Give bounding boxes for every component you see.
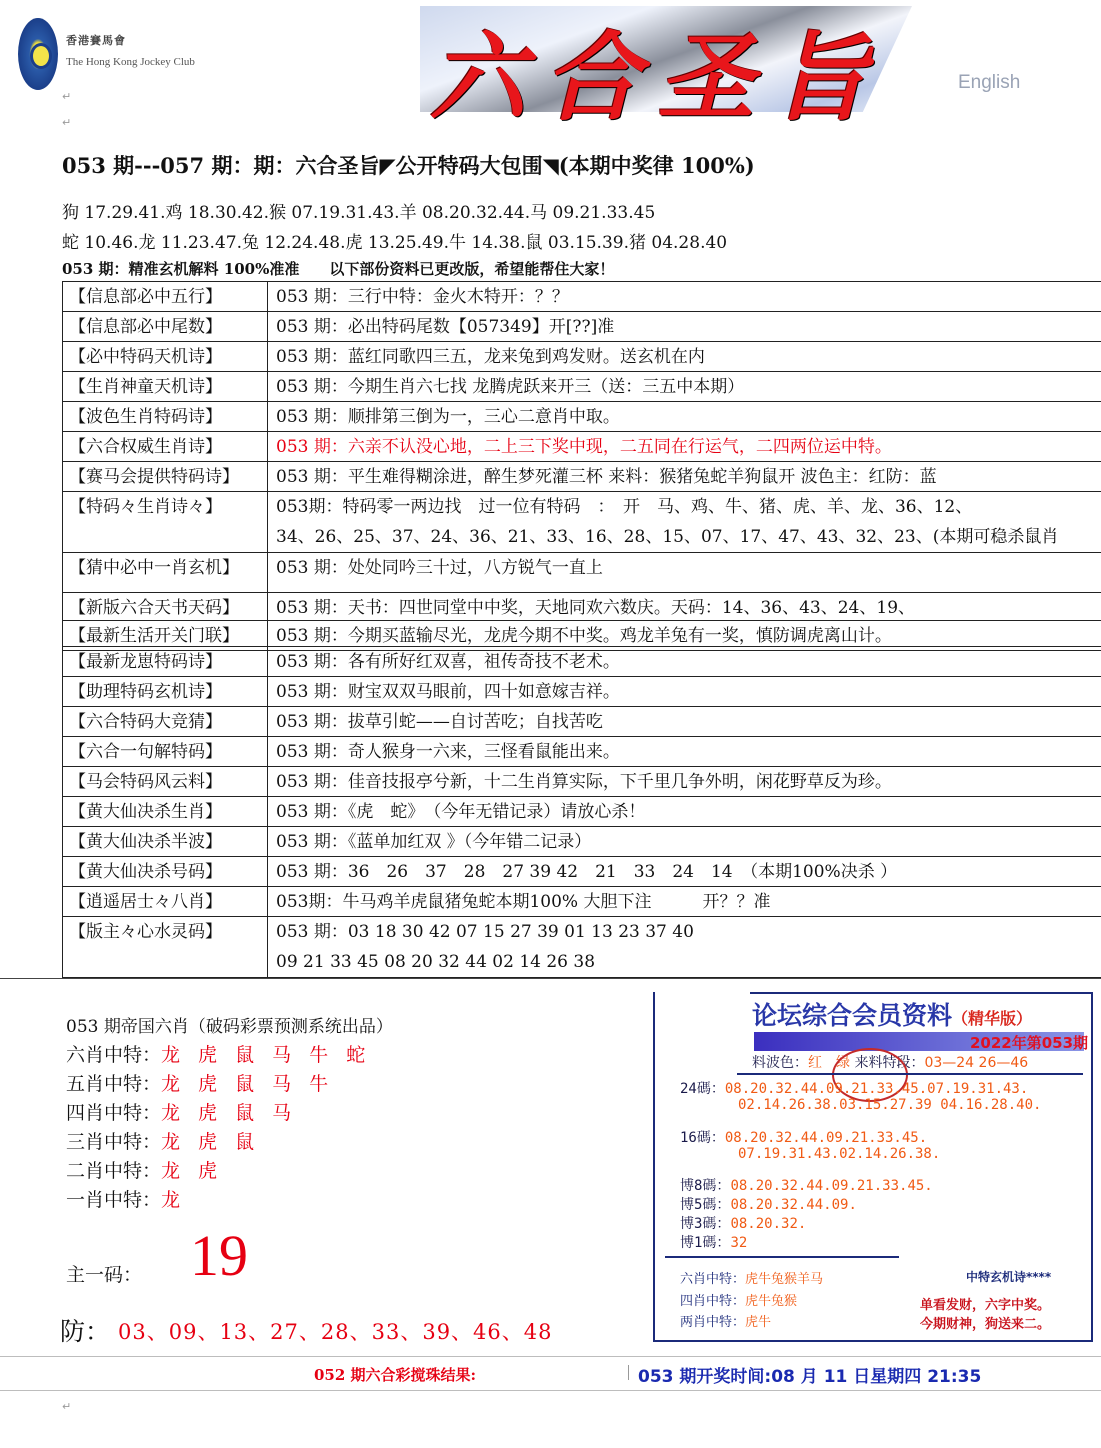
divider	[0, 1356, 1101, 1357]
row-value: 053 期：处处同吟三十过，八方锐气一直上	[268, 553, 1101, 593]
title-text: 论坛综合会员资料	[752, 1001, 952, 1030]
row-value: 053 期：天书：四世同堂中中奖，天地同欢六数庆。天码：14、36、43、24、…	[268, 593, 1101, 621]
row-value: 053 期：财宝双双马眼前，四十如意嫁吉祥。	[268, 677, 1101, 707]
member-zodiac-row: 四肖中特：虎牛兔猴	[680, 1290, 797, 1309]
period-label: 2022年第053期	[970, 1032, 1088, 1053]
divider	[665, 1256, 899, 1258]
prediction-table: 【信息部必中五行】053 期：三行中特：金火木特开：？？ 【信息部必中尾数】05…	[62, 281, 1101, 651]
table-row: 【六合特码大竞猜】053 期：拔草引蛇——自讨苦吃；自找苦吃	[63, 707, 1101, 737]
table-row: 【助理特码玄机诗】053 期：财宝双双马眼前，四十如意嫁吉祥。	[63, 677, 1101, 707]
row-value: 08.20.32.44.09.	[730, 1197, 856, 1213]
row-label: 【特码々生肖诗々】	[63, 492, 268, 553]
row-value: 08.20.32.	[730, 1216, 806, 1232]
row-label: 【助理特码玄机诗】	[63, 677, 268, 707]
row-value: 虎牛兔猴	[745, 1294, 797, 1309]
table-row: 【特码々生肖诗々】053期：特码零一两边找 过一位有特码 ： 开 马、鸡、牛、猪…	[63, 492, 1101, 553]
four-zodiac-row: 四肖中特：龙 虎 鼠 马	[66, 1098, 297, 1125]
zodiac-numbers-line-1: 狗 17.29.41.鸡 18.30.42.猴 07.19.31.43.羊 08…	[62, 198, 655, 223]
row-value-line-1: 053期：特码零一两边找 过一位有特码 ： 开 马、鸡、牛、猪、虎、羊、龙、36…	[276, 492, 1101, 522]
paragraph-mark-icon: ↵	[62, 116, 71, 129]
english-link[interactable]: English	[958, 72, 1020, 94]
row-label: 【信息部必中五行】	[63, 282, 268, 312]
row-label: 【马会特码风云料】	[63, 767, 268, 797]
draw-result-label: 052 期六合彩搅珠结果:	[314, 1364, 476, 1385]
row-label: 四肖中特：	[66, 1102, 161, 1124]
row-label: 六肖中特：	[680, 1272, 745, 1287]
five-zodiac-row: 五肖中特：龙 虎 鼠 马 牛	[66, 1069, 334, 1096]
member-row: 博3碼：08.20.32.	[680, 1213, 806, 1233]
row-value: 02.14.26.38.03.15.27.39 04.16.28.40.	[738, 1097, 1041, 1113]
table-row: 【波色生肖特码诗】053 期：顺排第三倒为一，三心二意肖中取。	[63, 402, 1101, 432]
page-headline: 053 期---057 期：期：六合圣旨◤公开特码大包围◥(本期中奖律 100%…	[62, 150, 755, 180]
subheading: 053 期：精准玄机解料 100%准准 以下部份资料已更改版，希望能帮住大家！	[62, 258, 614, 279]
row-label: 【逍遥居士々八肖】	[63, 887, 268, 917]
row-value: 053 期：拔草引蛇——自讨苦吃；自找苦吃	[268, 707, 1101, 737]
row-label: 【猜中必中一肖玄机】	[63, 553, 268, 593]
row-value-line-1: 053 期：03 18 30 42 07 15 27 39 01 13 23 3…	[276, 917, 1101, 947]
row-label: 博3碼：	[680, 1216, 730, 1232]
logo-emblem-icon	[30, 43, 52, 69]
row-label: 二肖中特：	[66, 1160, 161, 1182]
row-label: 博5碼：	[680, 1197, 730, 1213]
table-row: 【黄大仙决杀生肖】053 期：《虎 蛇》 （今年无错记录）请放心杀！	[63, 797, 1101, 827]
row-value: 053 期：必出特码尾数【057349】开[??]准	[268, 312, 1101, 342]
row-value: 053 期：《虎 蛇》 （今年无错记录）请放心杀！	[268, 797, 1101, 827]
member-row: 博1碼：32	[680, 1232, 747, 1252]
table-row: 【黄大仙决杀半波】053 期：《蓝单加红双 》（今年错二记录）	[63, 827, 1101, 857]
edition-label: （精华版）	[952, 1009, 1032, 1028]
table-row: 【版主々心水灵码】053 期：03 18 30 42 07 15 27 39 0…	[63, 917, 1101, 978]
row-label: 【版主々心水灵码】	[63, 917, 268, 978]
wave-label: 料波色：	[752, 1055, 808, 1071]
row-value-line-2: 34、26、25、37、24、36、21、33、16、28、15、07、17、4…	[276, 522, 1101, 552]
main-number: 19	[190, 1222, 248, 1289]
paragraph-mark-icon: ↵	[62, 1400, 71, 1413]
row-label: 【六合特码大竞猜】	[63, 707, 268, 737]
draw-time: 053 期开奖时间:08 月 11 日星期四 21:35	[628, 1362, 981, 1387]
row-value: 虎牛	[745, 1315, 771, 1330]
row-value: 龙 虎 鼠	[161, 1131, 260, 1153]
one-zodiac-row: 一肖中特：龙	[66, 1185, 186, 1212]
row-label: 【黄大仙决杀号码】	[63, 857, 268, 887]
guard-numbers: 03、09、13、27、28、33、39、46、48	[118, 1316, 553, 1346]
table-row: 【最新龙崽特码诗】053 期：各有所好红双喜，祖传奇技不老术。	[63, 647, 1101, 677]
row-value: 053期：牛马鸡羊虎鼠猪兔蛇本期100% 大胆下注 开？？准	[268, 887, 1101, 917]
row-label: 【六合一句解特码】	[63, 737, 268, 767]
row-value: 龙 虎	[161, 1160, 223, 1182]
row-label: 【必中特码天机诗】	[63, 342, 268, 372]
prediction-table-2: 【最新龙崽特码诗】053 期：各有所好红双喜，祖传奇技不老术。 【助理特码玄机诗…	[62, 646, 1101, 978]
table-row: 【赛马会提供特码诗】053 期：平生难得糊涂进，醉生梦死灌三杯 来料：猴猪兔蛇羊…	[63, 462, 1101, 492]
row-value: 053 期：03 18 30 42 07 15 27 39 01 13 23 3…	[268, 917, 1101, 978]
member-row: 16碼：08.20.32.44.09.21.33.45.	[680, 1127, 927, 1147]
row-label: 【信息部必中尾数】	[63, 312, 268, 342]
row-label: 四肖中特：	[680, 1294, 745, 1309]
row-label: 16碼：	[680, 1130, 725, 1146]
row-label: 【赛马会提供特码诗】	[63, 462, 268, 492]
row-label: 两肖中特：	[680, 1315, 745, 1330]
row-value: 08.20.32.44.09.21.33.45.	[730, 1178, 932, 1194]
table-row: 【六合一句解特码】053 期：奇人猴身一六来，三怪看鼠能出来。	[63, 737, 1101, 767]
row-value: 053 期：奇人猴身一六来，三怪看鼠能出来。	[268, 737, 1101, 767]
table-row: 【生肖神童天机诗】053 期：今期生肖六七找 龙腾虎跃来开三（送：三五中本期）	[63, 372, 1101, 402]
zodiac-numbers-line-2: 蛇 10.46.龙 11.23.47.兔 12.24.48.虎 13.25.49…	[62, 228, 727, 253]
row-value-line-2: 09 21 33 45 08 20 32 44 02 14 26 38	[276, 947, 1101, 977]
row-value: 龙 虎 鼠 马 牛	[161, 1073, 334, 1095]
row-value: 08.20.32.44.09.21.33.45.07.19.31.43.	[725, 1081, 1028, 1097]
row-value: 07.19.31.43.02.14.26.38.	[738, 1146, 940, 1162]
club-name-cn: 香港賽馬會	[66, 32, 126, 48]
row-label: 【波色生肖特码诗】	[63, 402, 268, 432]
row-value-highlight: 053 期：六亲不认没心地，二上三下奖中现，二五同在行运气，二四两位运中特。	[268, 432, 1101, 462]
main-number-label: 主一码：	[66, 1260, 142, 1287]
panel-border-top	[750, 992, 1091, 994]
row-value: 龙	[161, 1189, 186, 1211]
row-label: 三肖中特：	[66, 1131, 161, 1153]
row-label: 博8碼：	[680, 1178, 730, 1194]
row-value: 龙 虎 鼠 马 牛 蛇	[161, 1044, 371, 1066]
table-row: 【逍遥居士々八肖】053期：牛马鸡羊虎鼠猪兔蛇本期100% 大胆下注 开？？准	[63, 887, 1101, 917]
table-row: 【信息部必中五行】053 期：三行中特：金火木特开：？？	[63, 282, 1101, 312]
divider	[0, 978, 1101, 979]
row-label: 【最新龙崽特码诗】	[63, 647, 268, 677]
row-label: 【黄大仙决杀半波】	[63, 827, 268, 857]
club-name-en: The Hong Kong Jockey Club	[66, 56, 195, 68]
segment-value: 03—24 26—46	[924, 1055, 1028, 1071]
table-row: 【猜中必中一肖玄机】053 期：处处同吟三十过，八方锐气一直上	[63, 553, 1101, 593]
member-row: 博5碼：08.20.32.44.09.	[680, 1194, 857, 1214]
member-row: 07.19.31.43.02.14.26.38.	[738, 1146, 940, 1162]
row-value: 053 期：顺排第三倒为一，三心二意肖中取。	[268, 402, 1101, 432]
poem-line: 今期财神，狗送来二。	[920, 1313, 1050, 1332]
row-value: 053 期：今期生肖六七找 龙腾虎跃来开三（送：三五中本期）	[268, 372, 1101, 402]
row-value: 053 期：三行中特：金火木特开：？？	[268, 282, 1101, 312]
row-label: 【六合权威生肖诗】	[63, 432, 268, 462]
row-value: 053 期：佳音技报亭兮新，十二生肖算实际，下千里几争外明，闲花野草反为珍。	[268, 767, 1101, 797]
table-row: 【六合权威生肖诗】053 期：六亲不认没心地，二上三下奖中现，二五同在行运气，二…	[63, 432, 1101, 462]
poem-line: 单看发财，六字中奖。	[920, 1294, 1050, 1313]
member-row: 24碼：08.20.32.44.09.21.33.45.07.19.31.43.	[680, 1078, 1028, 1098]
row-value: 053 期：平生难得糊涂进，醉生梦死灌三杯 来料：猴猪兔蛇羊狗鼠开 波色主：红防…	[268, 462, 1101, 492]
row-value: 053期：特码零一两边找 过一位有特码 ： 开 马、鸡、牛、猪、虎、羊、龙、36…	[268, 492, 1101, 553]
six-zodiac-row: 六肖中特：龙 虎 鼠 马 牛 蛇	[66, 1040, 371, 1067]
divider	[0, 1390, 1101, 1391]
row-value: 龙 虎 鼠 马	[161, 1102, 297, 1124]
row-value: 08.20.32.44.09.21.33.45.	[725, 1130, 927, 1146]
row-label: 博1碼：	[680, 1235, 730, 1251]
row-value: 32	[730, 1235, 747, 1251]
table-row: 【黄大仙决杀号码】053 期：36 26 37 28 27 39 42 21 3…	[63, 857, 1101, 887]
member-row: 博8碼：08.20.32.44.09.21.33.45.	[680, 1175, 933, 1195]
member-panel-title: 论坛综合会员资料（精华版）	[752, 996, 1032, 1032]
row-label: 五肖中特：	[66, 1073, 161, 1095]
table-row: 【信息部必中尾数】053 期：必出特码尾数【057349】开[??]准	[63, 312, 1101, 342]
row-label: 【黄大仙决杀生肖】	[63, 797, 268, 827]
row-value: 053 期：《蓝单加红双 》（今年错二记录）	[268, 827, 1101, 857]
table-row: 【马会特码风云料】053 期：佳音技报亭兮新，十二生肖算实际，下千里几争外明，闲…	[63, 767, 1101, 797]
member-zodiac-row: 六肖中特：虎牛兔猴羊马	[680, 1268, 823, 1287]
row-label: 【新版六合天书天码】	[63, 593, 268, 621]
row-value: 053 期：36 26 37 28 27 39 42 21 33 24 14 （…	[268, 857, 1101, 887]
poem-title: 中特玄机诗****	[966, 1268, 1051, 1285]
member-zodiac-row: 两肖中特：虎牛	[680, 1311, 771, 1330]
row-label: 六肖中特：	[66, 1044, 161, 1066]
guard-numbers-label: 防：	[60, 1312, 110, 1348]
row-value: 虎牛兔猴羊马	[745, 1272, 823, 1287]
row-label: 【生肖神童天机诗】	[63, 372, 268, 402]
row-label: 24碼：	[680, 1081, 725, 1097]
empire-six-title: 053 期帝国六肖（破码彩票预测系统出品）	[66, 1012, 393, 1037]
banner-title: 六合圣旨	[430, 28, 886, 128]
table-row: 【新版六合天书天码】053 期：天书：四世同堂中中奖，天地同欢六数庆。天码：14…	[63, 593, 1101, 621]
member-row: 02.14.26.38.03.15.27.39 04.16.28.40.	[738, 1097, 1041, 1113]
row-value: 053 期：各有所好红双喜，祖传奇技不老术。	[268, 647, 1101, 677]
row-value: 053 期：蓝红同歌四三五，龙来兔到鸡发财。送玄机在内	[268, 342, 1101, 372]
row-label: 一肖中特：	[66, 1189, 161, 1211]
divider	[737, 1073, 1083, 1075]
table-row: 【必中特码天机诗】053 期：蓝红同歌四三五，龙来兔到鸡发财。送玄机在内	[63, 342, 1101, 372]
three-zodiac-row: 三肖中特：龙 虎 鼠	[66, 1127, 260, 1154]
paragraph-mark-icon: ↵	[62, 90, 71, 103]
two-zodiac-row: 二肖中特：龙 虎	[66, 1156, 223, 1183]
